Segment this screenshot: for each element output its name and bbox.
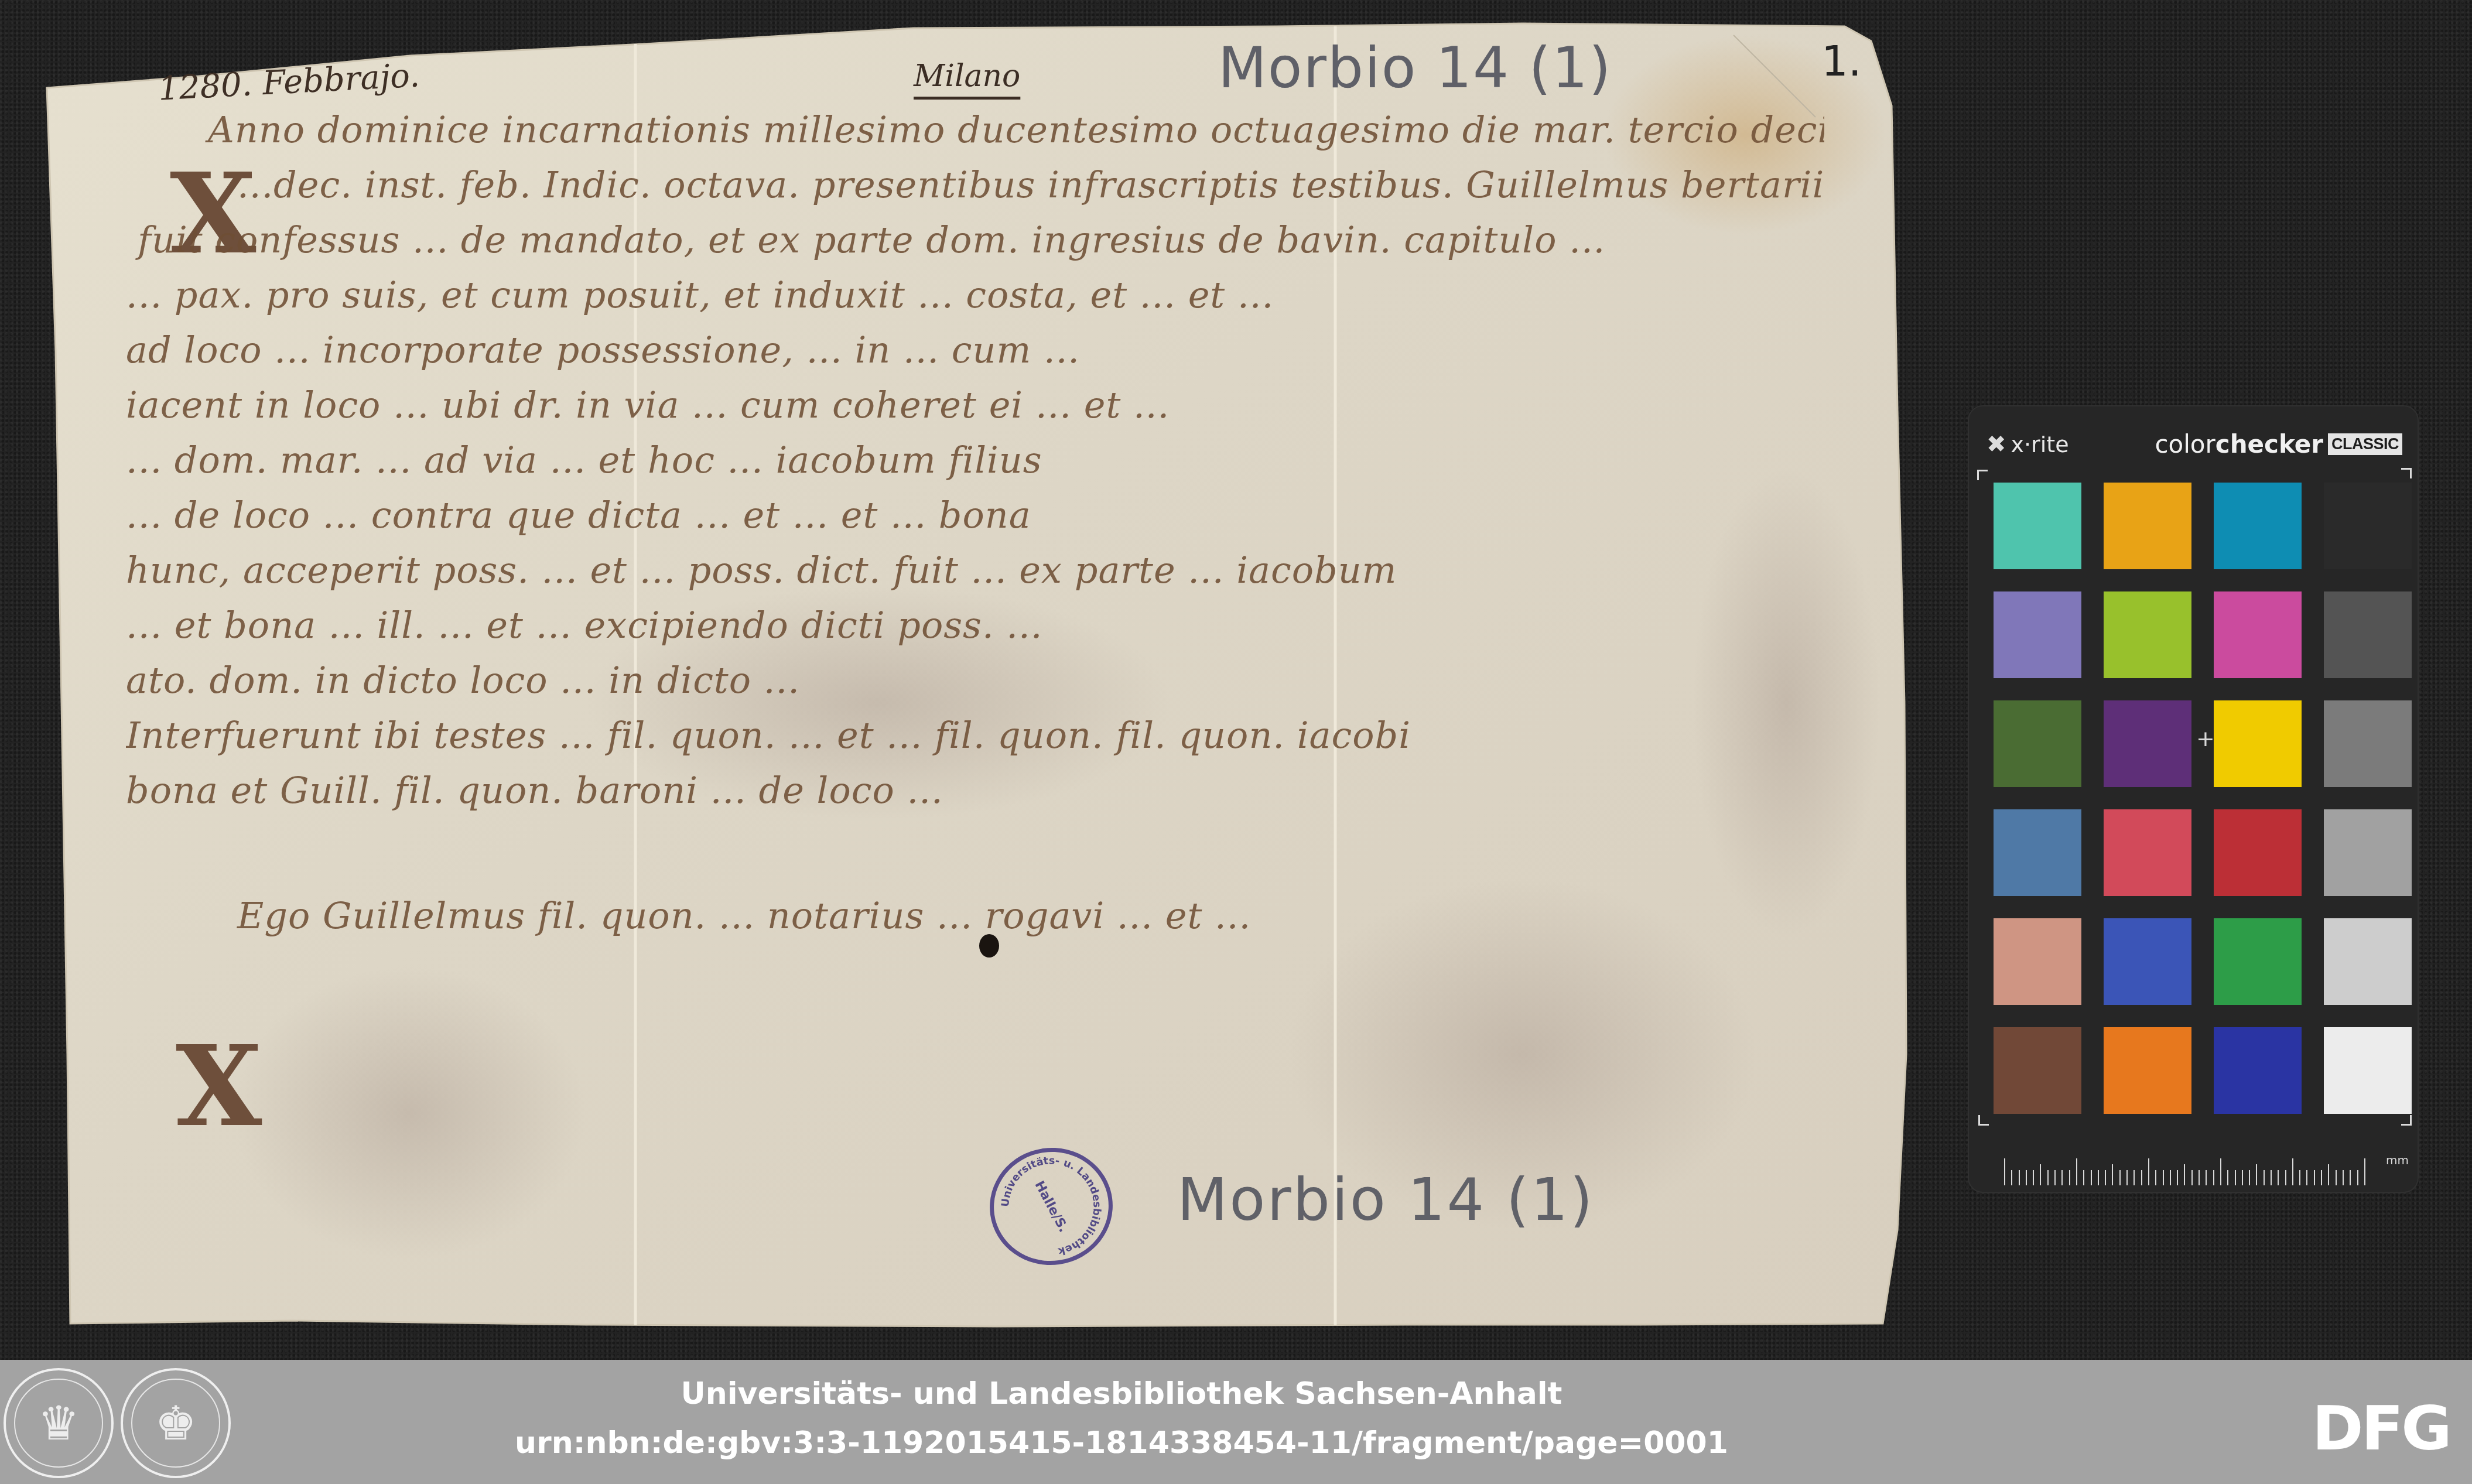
ruler-tick (2019, 1170, 2020, 1185)
color-patch-neutral-8 (2324, 918, 2412, 1005)
text-line: iacent in loco ... ubi dr. in via ... cu… (126, 378, 1824, 433)
mm-ruler (2004, 1156, 2379, 1185)
color-patch-neutral-6-5 (2324, 809, 2412, 896)
classic-badge: CLASSIC (2328, 433, 2402, 455)
ruler-tick (2235, 1170, 2236, 1185)
text-line: ad loco ... incorporate possessione, ...… (126, 323, 1824, 378)
urn-identifier[interactable]: urn:nbn:de:gbv:3:3-1192015415-1814338454… (0, 1425, 2243, 1461)
ruler-tick (2177, 1170, 2178, 1185)
institution-name: Universitäts- und Landesbibliothek Sachs… (0, 1376, 2243, 1411)
ruler-tick (2213, 1170, 2214, 1185)
ruler-tick (2047, 1170, 2049, 1185)
color-patch-blue (2104, 918, 2191, 1005)
text-line: Anno dominice incarnationis millesimo du… (126, 102, 1824, 158)
ruler-tick (2061, 1170, 2063, 1185)
ruler-tick (2004, 1158, 2005, 1185)
ruler-tick (2076, 1158, 2077, 1185)
ruler-tick (2285, 1170, 2286, 1185)
color-patch-dark-skin (1994, 1027, 2081, 1114)
color-patch-yellow (2214, 700, 2302, 787)
color-patch-cyan (2214, 483, 2302, 569)
ruler-tick (2105, 1170, 2106, 1185)
text-line: Interfuerunt ibi testes ... fil. quon. .… (126, 708, 1824, 763)
ruler-tick (2184, 1164, 2185, 1185)
color-patch-orange (2104, 1027, 2191, 1114)
text-line: Ego Guillelmus fil. quon. ... notarius .… (126, 888, 1824, 943)
ruler-tick (2206, 1170, 2207, 1185)
text-line: ... dom. mar. ... ad via ... et hoc ... … (126, 433, 1824, 488)
ruler-tick (2343, 1170, 2344, 1185)
color-patch-red (2214, 809, 2302, 896)
scan-background: 1280. Febbrajo. Milano Morbio 14 (1) 1. … (0, 0, 2472, 1360)
ruler-tick (2306, 1170, 2307, 1185)
ruler-tick (2271, 1170, 2272, 1185)
ruler-tick (2292, 1158, 2293, 1185)
colorchecker-title: color checker CLASSIC (2155, 430, 2402, 459)
corner-mark-icon (1978, 1115, 1989, 1126)
color-patch-neutral-5 (2324, 700, 2412, 787)
ruler-tick (2133, 1170, 2135, 1185)
color-patch-yellow-green (2104, 591, 2191, 678)
ruler-tick (2191, 1170, 2193, 1185)
ruler-tick (2364, 1158, 2365, 1185)
notarial-signum-bottom: X (176, 1031, 262, 1142)
ruler-tick (2256, 1164, 2257, 1185)
parchment-hole (979, 934, 999, 958)
text-line: ... de loco ... contra que dicta ... et … (126, 488, 1824, 543)
ruler-tick (2220, 1158, 2221, 1185)
ruler-tick (2350, 1170, 2351, 1185)
ruler-tick (2069, 1170, 2070, 1185)
library-stamp: Universitäts- u. Landesbibliothek Halle/… (982, 1140, 1120, 1273)
place-annotation: Milano (914, 59, 1020, 94)
ruler-tick (2083, 1170, 2084, 1185)
color-patch-blue-sky (1994, 809, 2081, 896)
text-line: hunc, acceperit poss. ... et ... poss. d… (126, 543, 1824, 598)
ruler-tick (2163, 1170, 2164, 1185)
color-patch-white (2324, 1027, 2412, 1114)
shelfmark-bottom: Morbio 14 (1) (1177, 1165, 1595, 1234)
color-patch-magenta (2214, 591, 2302, 678)
ruler-tick (2242, 1170, 2243, 1185)
corner-mark-icon (2401, 468, 2412, 478)
footer-bar: ♛ ♚ Universitäts- und Landesbibliothek S… (0, 1360, 2472, 1484)
dfg-logo: DFG (2312, 1393, 2450, 1464)
text-line: ...dec. inst. feb. Indic. octava. presen… (126, 158, 1824, 213)
parchment-sheet: 1280. Febbrajo. Milano Morbio 14 (1) 1. … (0, 0, 1933, 1360)
crosshair-icon: + (2196, 727, 2215, 750)
ruler-tick (2170, 1170, 2171, 1185)
color-patch-green (2214, 918, 2302, 1005)
ruler-tick (2357, 1170, 2358, 1185)
text-line: bona et Guill. fil. quon. baroni ... de … (126, 763, 1824, 818)
ruler-tick (2336, 1170, 2337, 1185)
ruler-tick (2119, 1170, 2121, 1185)
color-patch-foliage (1994, 700, 2081, 787)
ruler-tick (2148, 1158, 2149, 1185)
ruler-unit: mm (2386, 1153, 2409, 1167)
ruler-tick (2264, 1170, 2265, 1185)
corner-mark-icon (2401, 1115, 2412, 1126)
title-light: color (2155, 430, 2215, 459)
color-patch-orange-yellow (2104, 483, 2191, 569)
ruler-tick (2155, 1170, 2156, 1185)
color-patch-grid (1994, 483, 2412, 1114)
title-bold: checker (2215, 430, 2323, 459)
ruler-tick (2026, 1170, 2027, 1185)
ruler-tick (2328, 1164, 2329, 1185)
ruler-tick (2299, 1170, 2300, 1185)
ruler-tick (2321, 1170, 2322, 1185)
color-patch-black (2324, 483, 2412, 569)
text-line: ... et bona ... ill. ... et ... excipien… (126, 598, 1824, 653)
ruler-tick (2033, 1170, 2034, 1185)
ruler-tick (2054, 1170, 2056, 1185)
ruler-tick (2126, 1170, 2128, 1185)
color-patch-purple (2104, 700, 2191, 787)
text-line: fuit confessus ... de mandato, et ex par… (126, 213, 1824, 268)
color-patch-moderate-red (2104, 809, 2191, 896)
text-line: ... pax. pro suis, et cum posuit, et ind… (126, 268, 1824, 323)
ruler-tick (2314, 1170, 2315, 1185)
color-patch-primary-blue (2214, 1027, 2302, 1114)
color-checker-card: ✖ x·rite color checker CLASSIC + mm (1968, 405, 2419, 1193)
ruler-tick (2227, 1170, 2228, 1185)
color-patch-light-skin (1994, 918, 2081, 1005)
ruler-tick (2278, 1170, 2279, 1185)
ruler-tick (2112, 1164, 2113, 1185)
corner-mark-icon (1977, 470, 1988, 480)
ruler-tick (2091, 1170, 2092, 1185)
charter-text: Anno dominice incarnationis millesimo du… (126, 102, 1824, 943)
ruler-tick (2098, 1170, 2099, 1185)
color-patch-bluish-green (1994, 483, 2081, 569)
xrite-brand: ✖ x·rite (1987, 431, 2069, 458)
color-patch-neutral-3-5 (2324, 591, 2412, 678)
ruler-tick (2141, 1170, 2142, 1185)
ruler-tick (2199, 1170, 2200, 1185)
shelfmark-top: Morbio 14 (1) (1218, 35, 1612, 101)
folio-number: 1. (1821, 36, 1862, 86)
color-patch-blue-flower (1994, 591, 2081, 678)
xrite-label: x·rite (2011, 432, 2069, 457)
ruler-tick (2011, 1170, 2012, 1185)
text-line: ato. dom. in dicto loco ... in dicto ... (126, 653, 1824, 708)
ruler-tick (2249, 1170, 2250, 1185)
xrite-logo-icon: ✖ (1987, 431, 2006, 458)
ruler-tick (2040, 1164, 2041, 1185)
